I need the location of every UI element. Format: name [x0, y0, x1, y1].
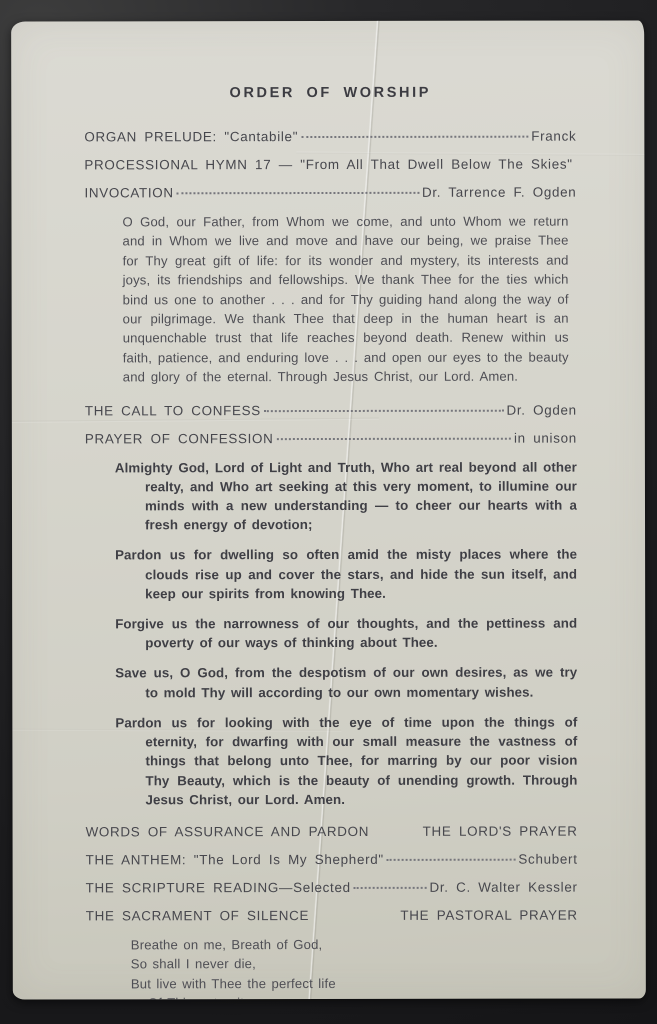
sacrament-silence-row: THE SACRAMENT OF SILENCE THE PASTORAL PR…: [86, 906, 578, 925]
assurance-pardon-row: WORDS OF ASSURANCE AND PARDON THE LORD'S…: [86, 822, 578, 841]
verse-line: So shall I never die,: [131, 954, 578, 974]
scripture-reading-credit: Dr. C. Walter Kessler: [429, 878, 577, 896]
confession-paragraph: Save us, O God, from the despotism of ou…: [85, 663, 577, 702]
call-to-confess-row: THE CALL TO CONFESS Dr. Ogden: [85, 401, 577, 420]
processional-hymn-row: PROCESSIONAL HYMN 17 — "From All That Dw…: [84, 156, 576, 175]
sacrament-silence-label: THE SACRAMENT OF SILENCE: [86, 907, 309, 925]
dotted-leader: [354, 887, 427, 889]
prayer-of-confession-row: PRAYER OF CONFESSION in unison: [85, 429, 577, 448]
verse-line: Of Thine eternity.: [131, 993, 578, 1000]
pastoral-prayer-label: THE PASTORAL PRAYER: [400, 906, 577, 924]
confession-paragraph: Pardon us for dwelling so often amid the…: [85, 545, 577, 603]
dotted-leader: [264, 409, 504, 411]
invocation-label: INVOCATION: [84, 184, 173, 202]
anthem-row: THE ANTHEM: "The Lord Is My Shepherd" Sc…: [86, 850, 578, 869]
invocation-credit: Dr. Tarrence F. Ogden: [422, 184, 576, 202]
dotted-leader: [177, 192, 419, 194]
silence-hymn-verse: Breathe on me, Breath of God, So shall I…: [131, 934, 578, 999]
worship-program-page: ORDER OF WORSHIP ORGAN PRELUDE: "Cantabi…: [11, 20, 646, 999]
lords-prayer-label: THE LORD'S PRAYER: [423, 822, 578, 840]
call-to-confess-label: THE CALL TO CONFESS: [85, 402, 261, 420]
anthem-label: THE ANTHEM: "The Lord Is My Shepherd": [86, 851, 384, 870]
confession-paragraph: Pardon us for looking with the eye of ti…: [85, 712, 577, 809]
scripture-reading-row: THE SCRIPTURE READING—Selected Dr. C. Wa…: [86, 878, 578, 897]
organ-prelude-credit: Franck: [531, 128, 576, 146]
page-title: ORDER OF WORSHIP: [84, 85, 576, 102]
scripture-reading-label: THE SCRIPTURE READING—Selected: [86, 879, 351, 897]
prayer-of-confession-label: PRAYER OF CONFESSION: [85, 430, 274, 448]
prayer-of-confession-credit: in unison: [514, 429, 577, 447]
dotted-leader: [387, 859, 516, 861]
dotted-leader: [277, 437, 511, 439]
confession-paragraphs: Almighty God, Lord of Light and Truth, W…: [85, 457, 578, 809]
call-to-confess-credit: Dr. Ogden: [506, 401, 576, 419]
verse-line: But live with Thee the perfect life: [131, 973, 578, 993]
program-content: ORDER OF WORSHIP ORGAN PRELUDE: "Cantabi…: [11, 20, 646, 999]
confession-paragraph: Forgive us the narrowness of our thought…: [85, 614, 577, 653]
assurance-pardon-label: WORDS OF ASSURANCE AND PARDON: [86, 823, 370, 841]
dotted-leader: [301, 136, 528, 138]
photo-background: ORDER OF WORSHIP ORGAN PRELUDE: "Cantabi…: [0, 0, 657, 1024]
processional-hymn-label: PROCESSIONAL HYMN 17 — "From All That Dw…: [84, 156, 572, 175]
confession-paragraph: Almighty God, Lord of Light and Truth, W…: [85, 457, 577, 535]
organ-prelude-label: ORGAN PRELUDE: "Cantabile": [84, 128, 298, 146]
invocation-row: INVOCATION Dr. Tarrence F. Ogden: [84, 184, 576, 203]
invocation-prayer-text: O God, our Father, from Whom we come, an…: [122, 212, 568, 387]
verse-line: Breathe on me, Breath of God,: [131, 934, 578, 954]
organ-prelude-row: ORGAN PRELUDE: "Cantabile" Franck: [84, 128, 576, 147]
anthem-credit: Schubert: [518, 850, 577, 868]
